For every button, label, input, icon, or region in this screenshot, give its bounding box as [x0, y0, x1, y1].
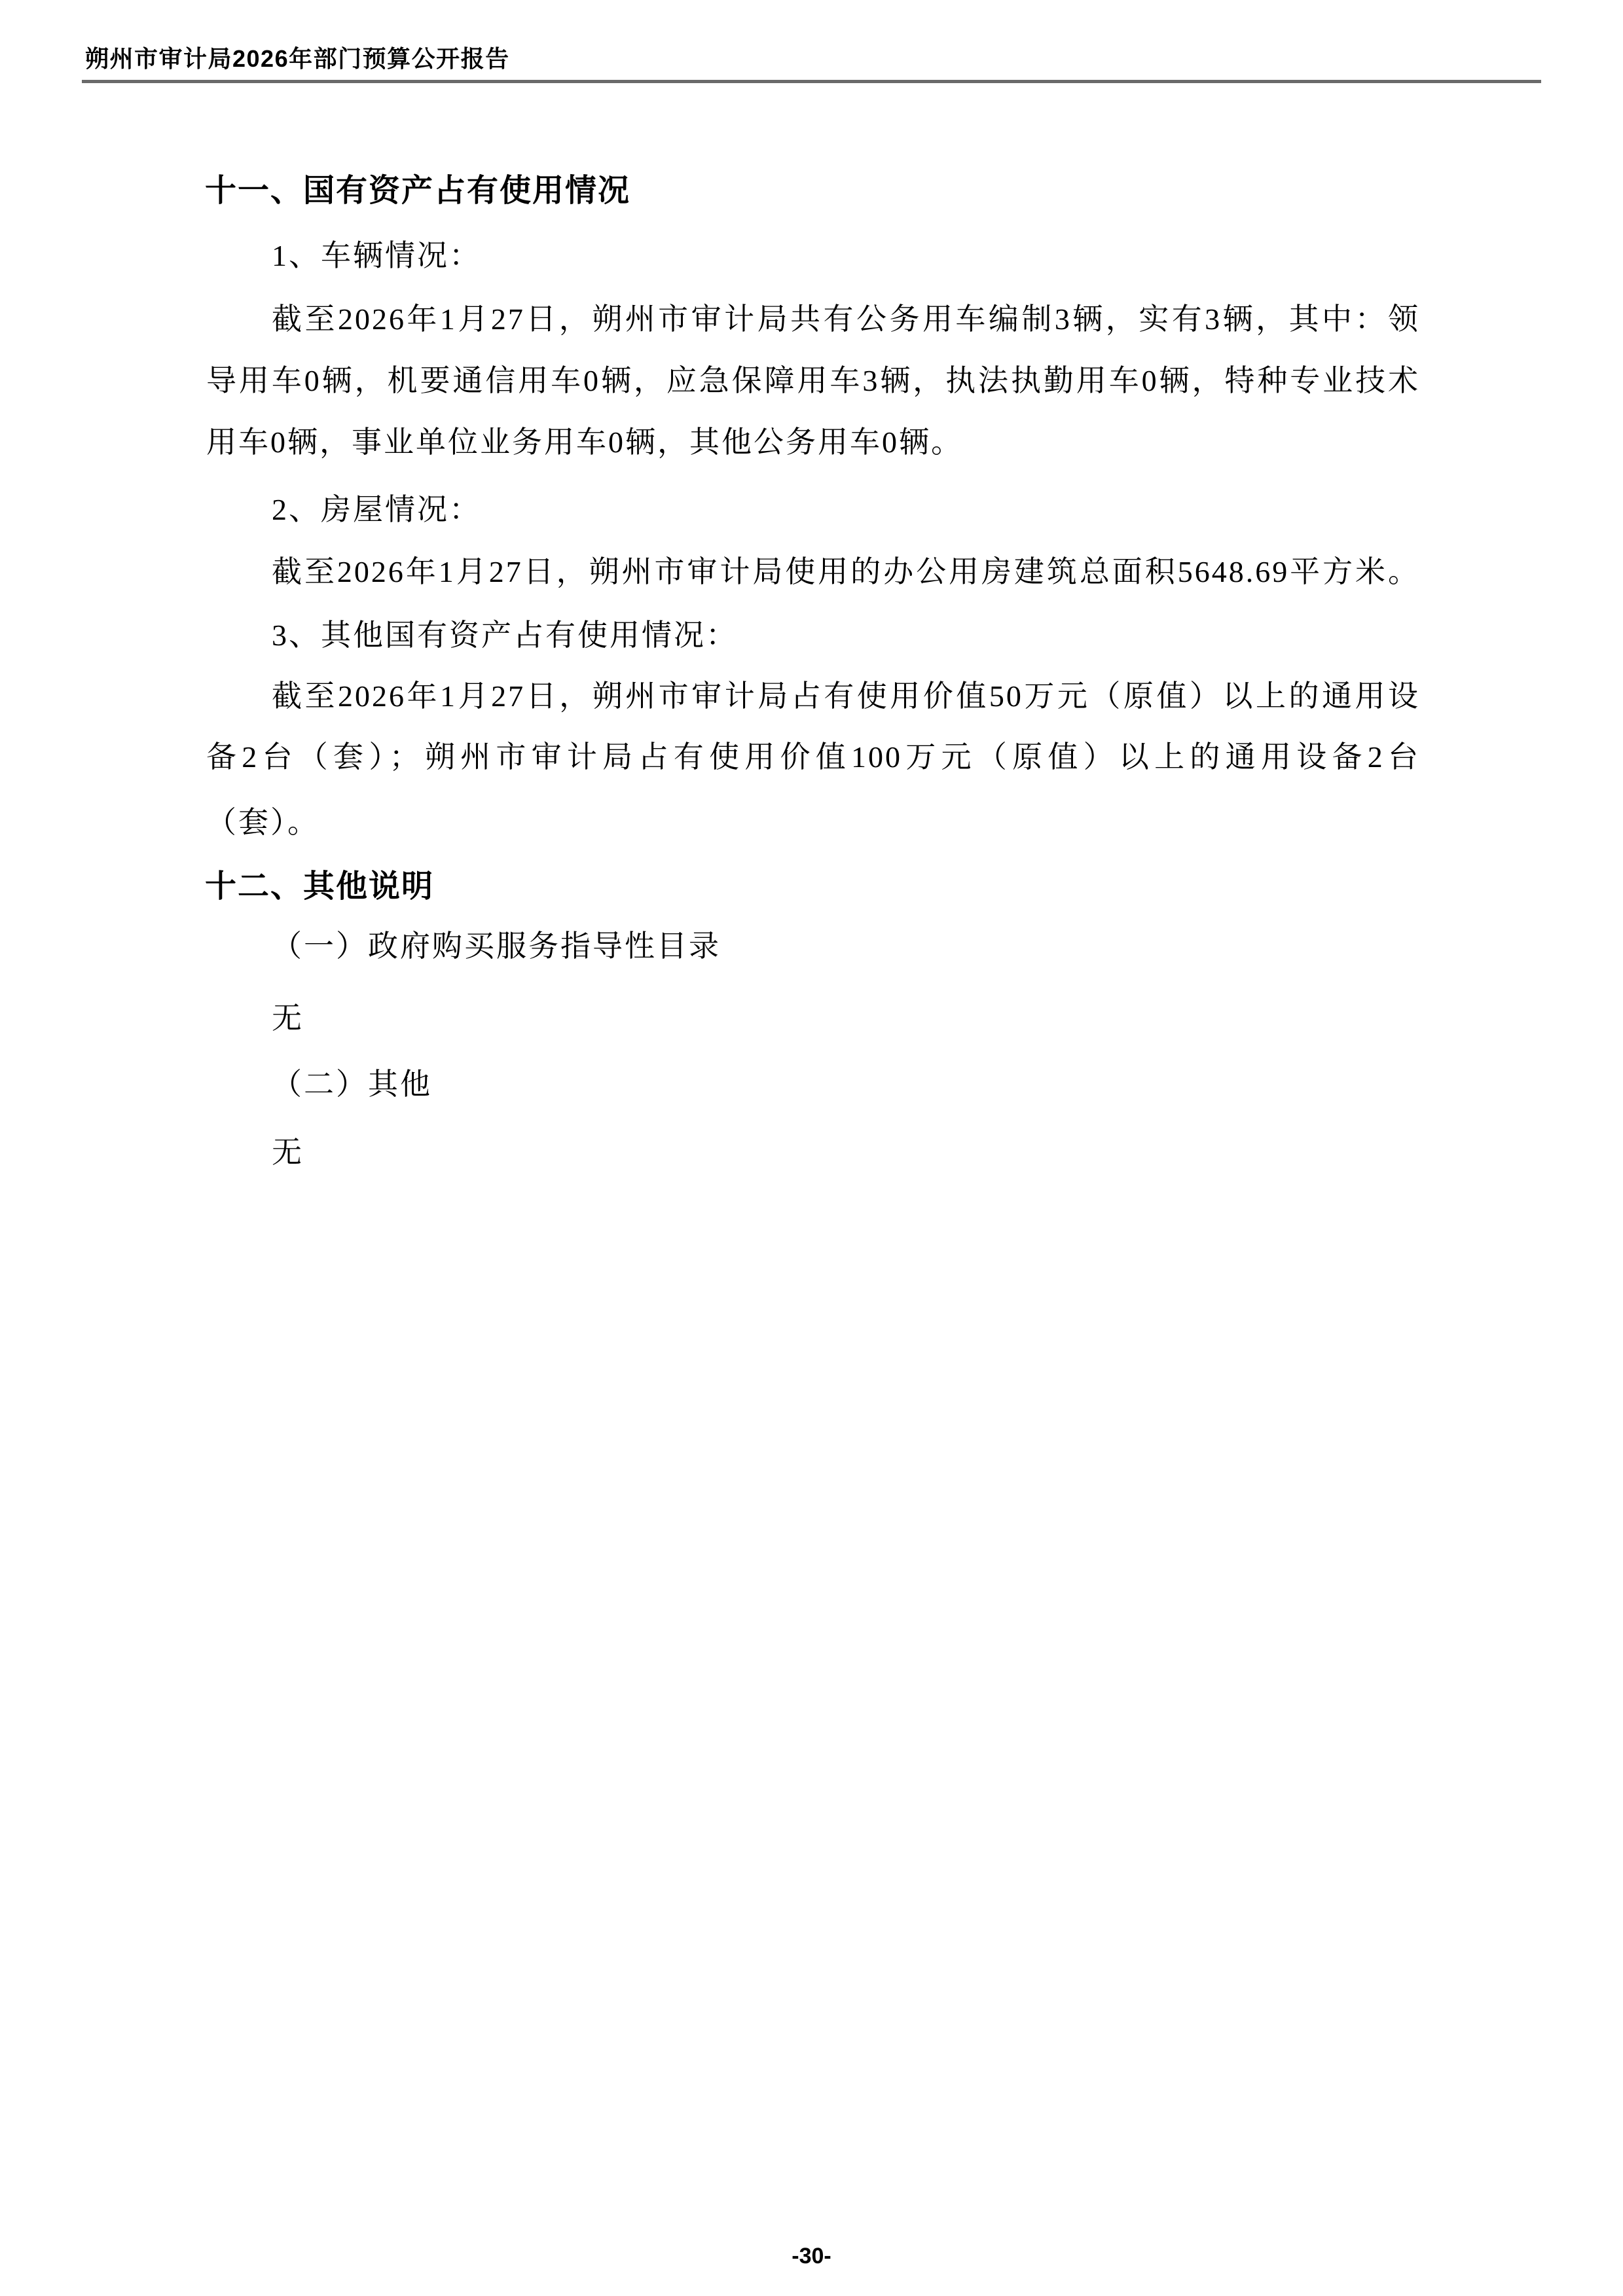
paragraph-other-assets-line-3: （套）。: [206, 804, 1420, 842]
paragraph-housing-line-1: 截至2026年1月27日，朔州市审计局使用的办公用房建筑总面积5648.69平方…: [206, 553, 1420, 591]
header-rule: [82, 80, 1541, 83]
section-heading-12-other-notes: 十二、其他说明: [205, 867, 1419, 906]
page-number: -30-: [0, 2242, 1623, 2270]
none-text-1: 无: [206, 999, 1420, 1037]
section-heading-11-state-assets: 十一、国有资产占有使用情况: [205, 171, 1419, 211]
running-header-title: 朔州市审计局2026年部门预算公开报告: [85, 45, 510, 73]
paragraph-other-assets-line-1: 截至2026年1月27日，朔州市审计局占有使用价值50万元（原值）以上的通用设: [206, 677, 1420, 715]
none-text-2: 无: [206, 1134, 1420, 1172]
subitem-3-other-assets-label: 3、其他国有资产占有使用情况：: [206, 617, 1420, 655]
subitem-2-housing-label: 2、房屋情况：: [206, 491, 1420, 529]
paragraph-vehicles-line-3: 用车0辆，事业单位业务用车0辆，其他公务用车0辆。: [206, 423, 1420, 461]
paragraph-other-assets-line-2: 备2台（套）；朔州市审计局占有使用价值100万元（原值）以上的通用设备2台: [206, 738, 1420, 776]
paragraph-vehicles-line-2: 导用车0辆，机要通信用车0辆，应急保障用车3辆，执法执勤用车0辆，特种专业技术: [206, 362, 1420, 400]
document-page: 朔州市审计局2026年部门预算公开报告 十一、国有资产占有使用情况 1、车辆情况…: [0, 0, 1623, 2296]
subitem-1-vehicles-label: 1、车辆情况：: [206, 237, 1420, 275]
paragraph-vehicles-line-1: 截至2026年1月27日，朔州市审计局共有公务用车编制3辆，实有3辆，其中：领: [206, 300, 1420, 338]
subitem-other-label: （二）其他: [206, 1066, 1420, 1103]
subitem-govt-purchase-catalog-label: （一）政府购买服务指导性目录: [206, 927, 1420, 965]
